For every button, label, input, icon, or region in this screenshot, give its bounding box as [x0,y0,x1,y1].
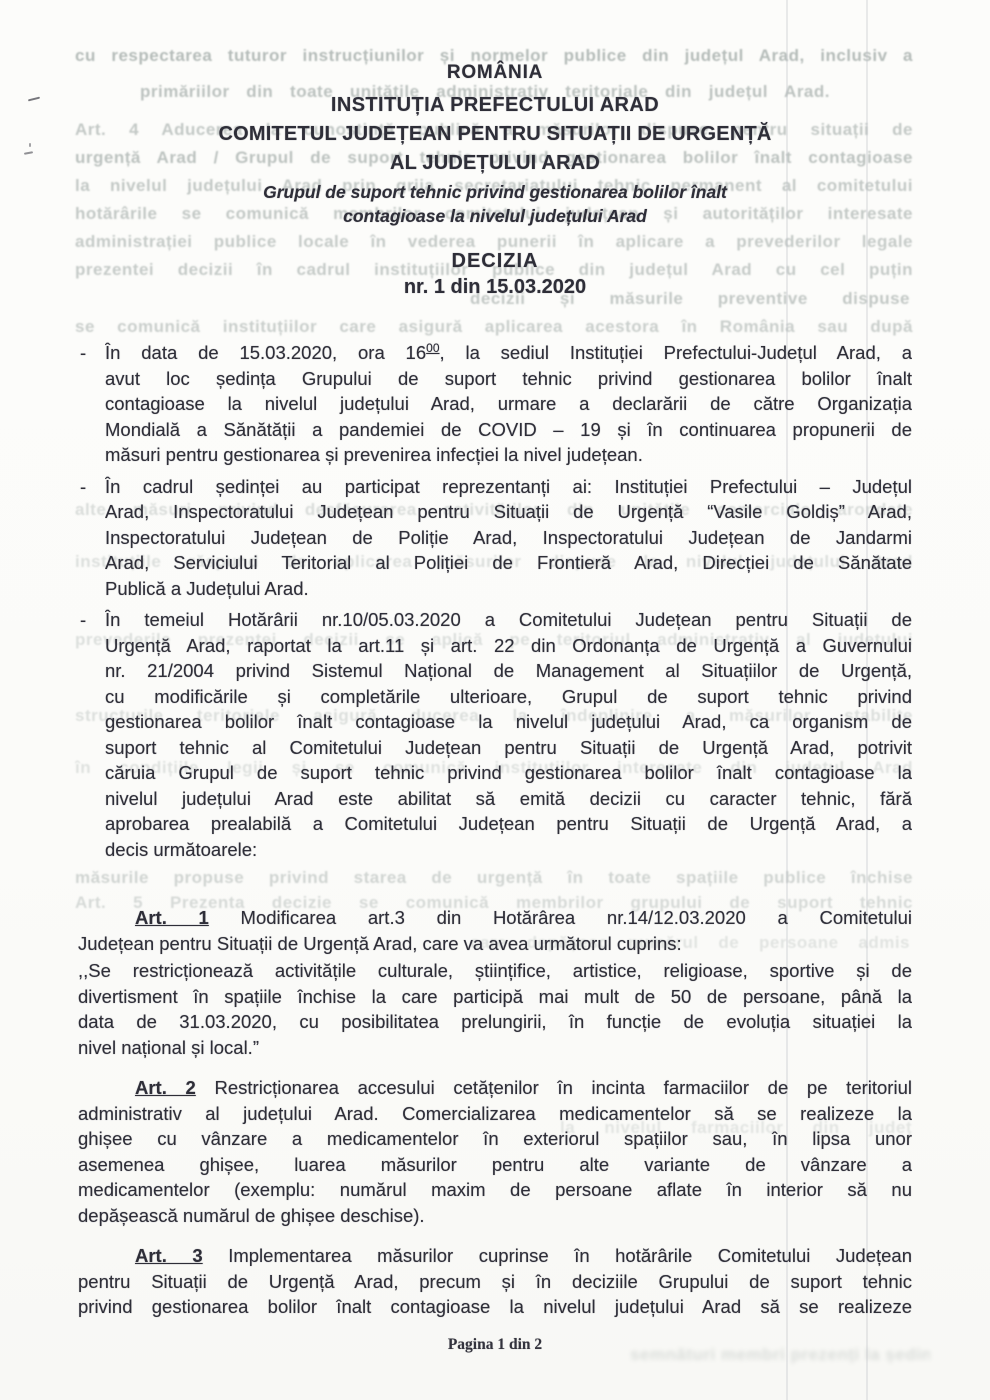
body-text: asemenea ghișee, luarea măsurilor pentru… [78,1152,912,1178]
body-text: pentru Situații de Urgență Arad, precum … [78,1269,912,1295]
group-subtitle-line1: Grupul de suport tehnic privind gestiona… [0,182,990,203]
body-text: În cadrul ședinței au participat repreze… [105,476,912,497]
article-3: Art. 3 Implementarea măsurilor cuprinse … [78,1243,912,1320]
body-text: Mondială a Sănătății a pandemiei de COVI… [105,417,912,443]
body-text: Județean pentru Situații de Urgență Arad… [78,931,912,957]
article-1-quote: ,,Se restricționează activitățile cultur… [78,958,912,1060]
committee-title-line1: COMITETUL JUDEȚEAN PENTRU SITUAȚII DE UR… [0,123,990,146]
body-text: În data de 15.03.2020, ora 16 [105,342,426,363]
institution-title: INSTITUȚIA PREFECTULUI ARAD [0,94,990,117]
document-header: ROMÂNIA INSTITUȚIA PREFECTULUI ARAD COMI… [0,0,990,299]
body-text: contagioase la nivelul județului Arad, u… [105,391,912,417]
body-text: căruia Grupul de suport tehnic privind g… [105,760,912,786]
body-text: Inspectoratului Județean de Poliție Arad… [105,525,912,551]
body-text: medicamentelor (exemplu: numărul maxim d… [78,1177,912,1203]
body-text: Restricționarea accesului cetățenilor în… [196,1077,912,1098]
bullet-item-3: -În temeiul Hotărârii nr.10/05.03.2020 a… [78,607,912,862]
body-text: cu modificările și completările ulterioa… [105,684,912,710]
body-text: gestionarea bolilor înalt contagioase la… [105,709,912,735]
body-text: În temeiul Hotărârii nr.10/05.03.2020 a … [105,609,912,630]
body-text: privind gestionarea bolilor înalt contag… [78,1294,912,1320]
body-text: Implementarea măsurilor cuprinse în hotă… [203,1245,912,1266]
body-text: depășească numărul de ghișee deschise). [78,1203,912,1229]
page-footer: Pagina 1 din 2 [0,1336,990,1354]
article-2-label: Art. 2 [135,1077,196,1098]
body-text: nr. 21/2004 privind Sistemul Național de… [105,658,912,684]
document-content: ROMÂNIA INSTITUȚIA PREFECTULUI ARAD COMI… [0,0,990,1400]
body-text: decis următoarele: [105,837,912,863]
body-text: Arad, Inspectoratului Județean pentru Si… [105,499,912,525]
group-subtitle-line2: contagioase la nivelul județului Arad [0,206,990,227]
committee-title-line2: AL JUDEȚULUI ARAD [0,152,990,175]
superscript-hours: 00 [426,341,439,355]
body-text: Publică a Județului Arad. [105,576,912,602]
document-body: -În data de 15.03.2020, ora 1600, la sed… [78,340,912,1320]
bullet-item-1: -În data de 15.03.2020, ora 1600, la sed… [78,340,912,468]
country-title: ROMÂNIA [0,62,990,84]
decision-number: nr. 1 din 15.03.2020 [0,276,990,299]
body-text: măsuri pentru gestionarea și prevenirea … [105,442,912,468]
article-1-label: Art. 1 [135,907,209,928]
article-2: Art. 2 Restricționarea accesului cetățen… [78,1075,912,1228]
article-1: Art. 1 Modificarea art.3 din Hotărârea n… [78,905,912,956]
body-text: nivelul județului Arad este abilitat să … [105,786,912,812]
body-text: nivel național și local.” [78,1035,912,1061]
body-text: Arad, Serviciului Teritorial al Poliției… [105,550,912,576]
body-text: data de 31.03.2020, cu posibilitatea pre… [78,1009,912,1035]
body-text: avut loc ședința Grupului de suport tehn… [105,366,912,392]
body-text: divertisment în spațiile închise la care… [78,984,912,1010]
body-text: ghișee cu vânzare a medicamentelor în ex… [78,1126,912,1152]
scanned-document-page: cu respectarea tuturor instrucțiunilor ș… [0,0,990,1400]
body-text: suport tehnic al Comitetului Județean pe… [105,735,912,761]
body-text: , la sediul Instituției Prefectului-Jude… [440,342,913,363]
pen-mark [29,143,31,147]
body-text: Modificarea art.3 din Hotărârea nr.14/12… [209,907,912,928]
bullet-item-2: -În cadrul ședinței au participat reprez… [78,474,912,602]
article-3-label: Art. 3 [135,1245,203,1266]
body-text: Urgență Arad, raportat la art.11 și art.… [105,633,912,659]
body-text: aprobarea prealabilă a Comitetului Județ… [105,811,912,837]
body-text: administrativ al județului Arad. Comerci… [78,1101,912,1127]
decision-title: DECIZIA [0,250,990,273]
body-text: ,,Se restricționează activitățile cultur… [78,958,912,984]
